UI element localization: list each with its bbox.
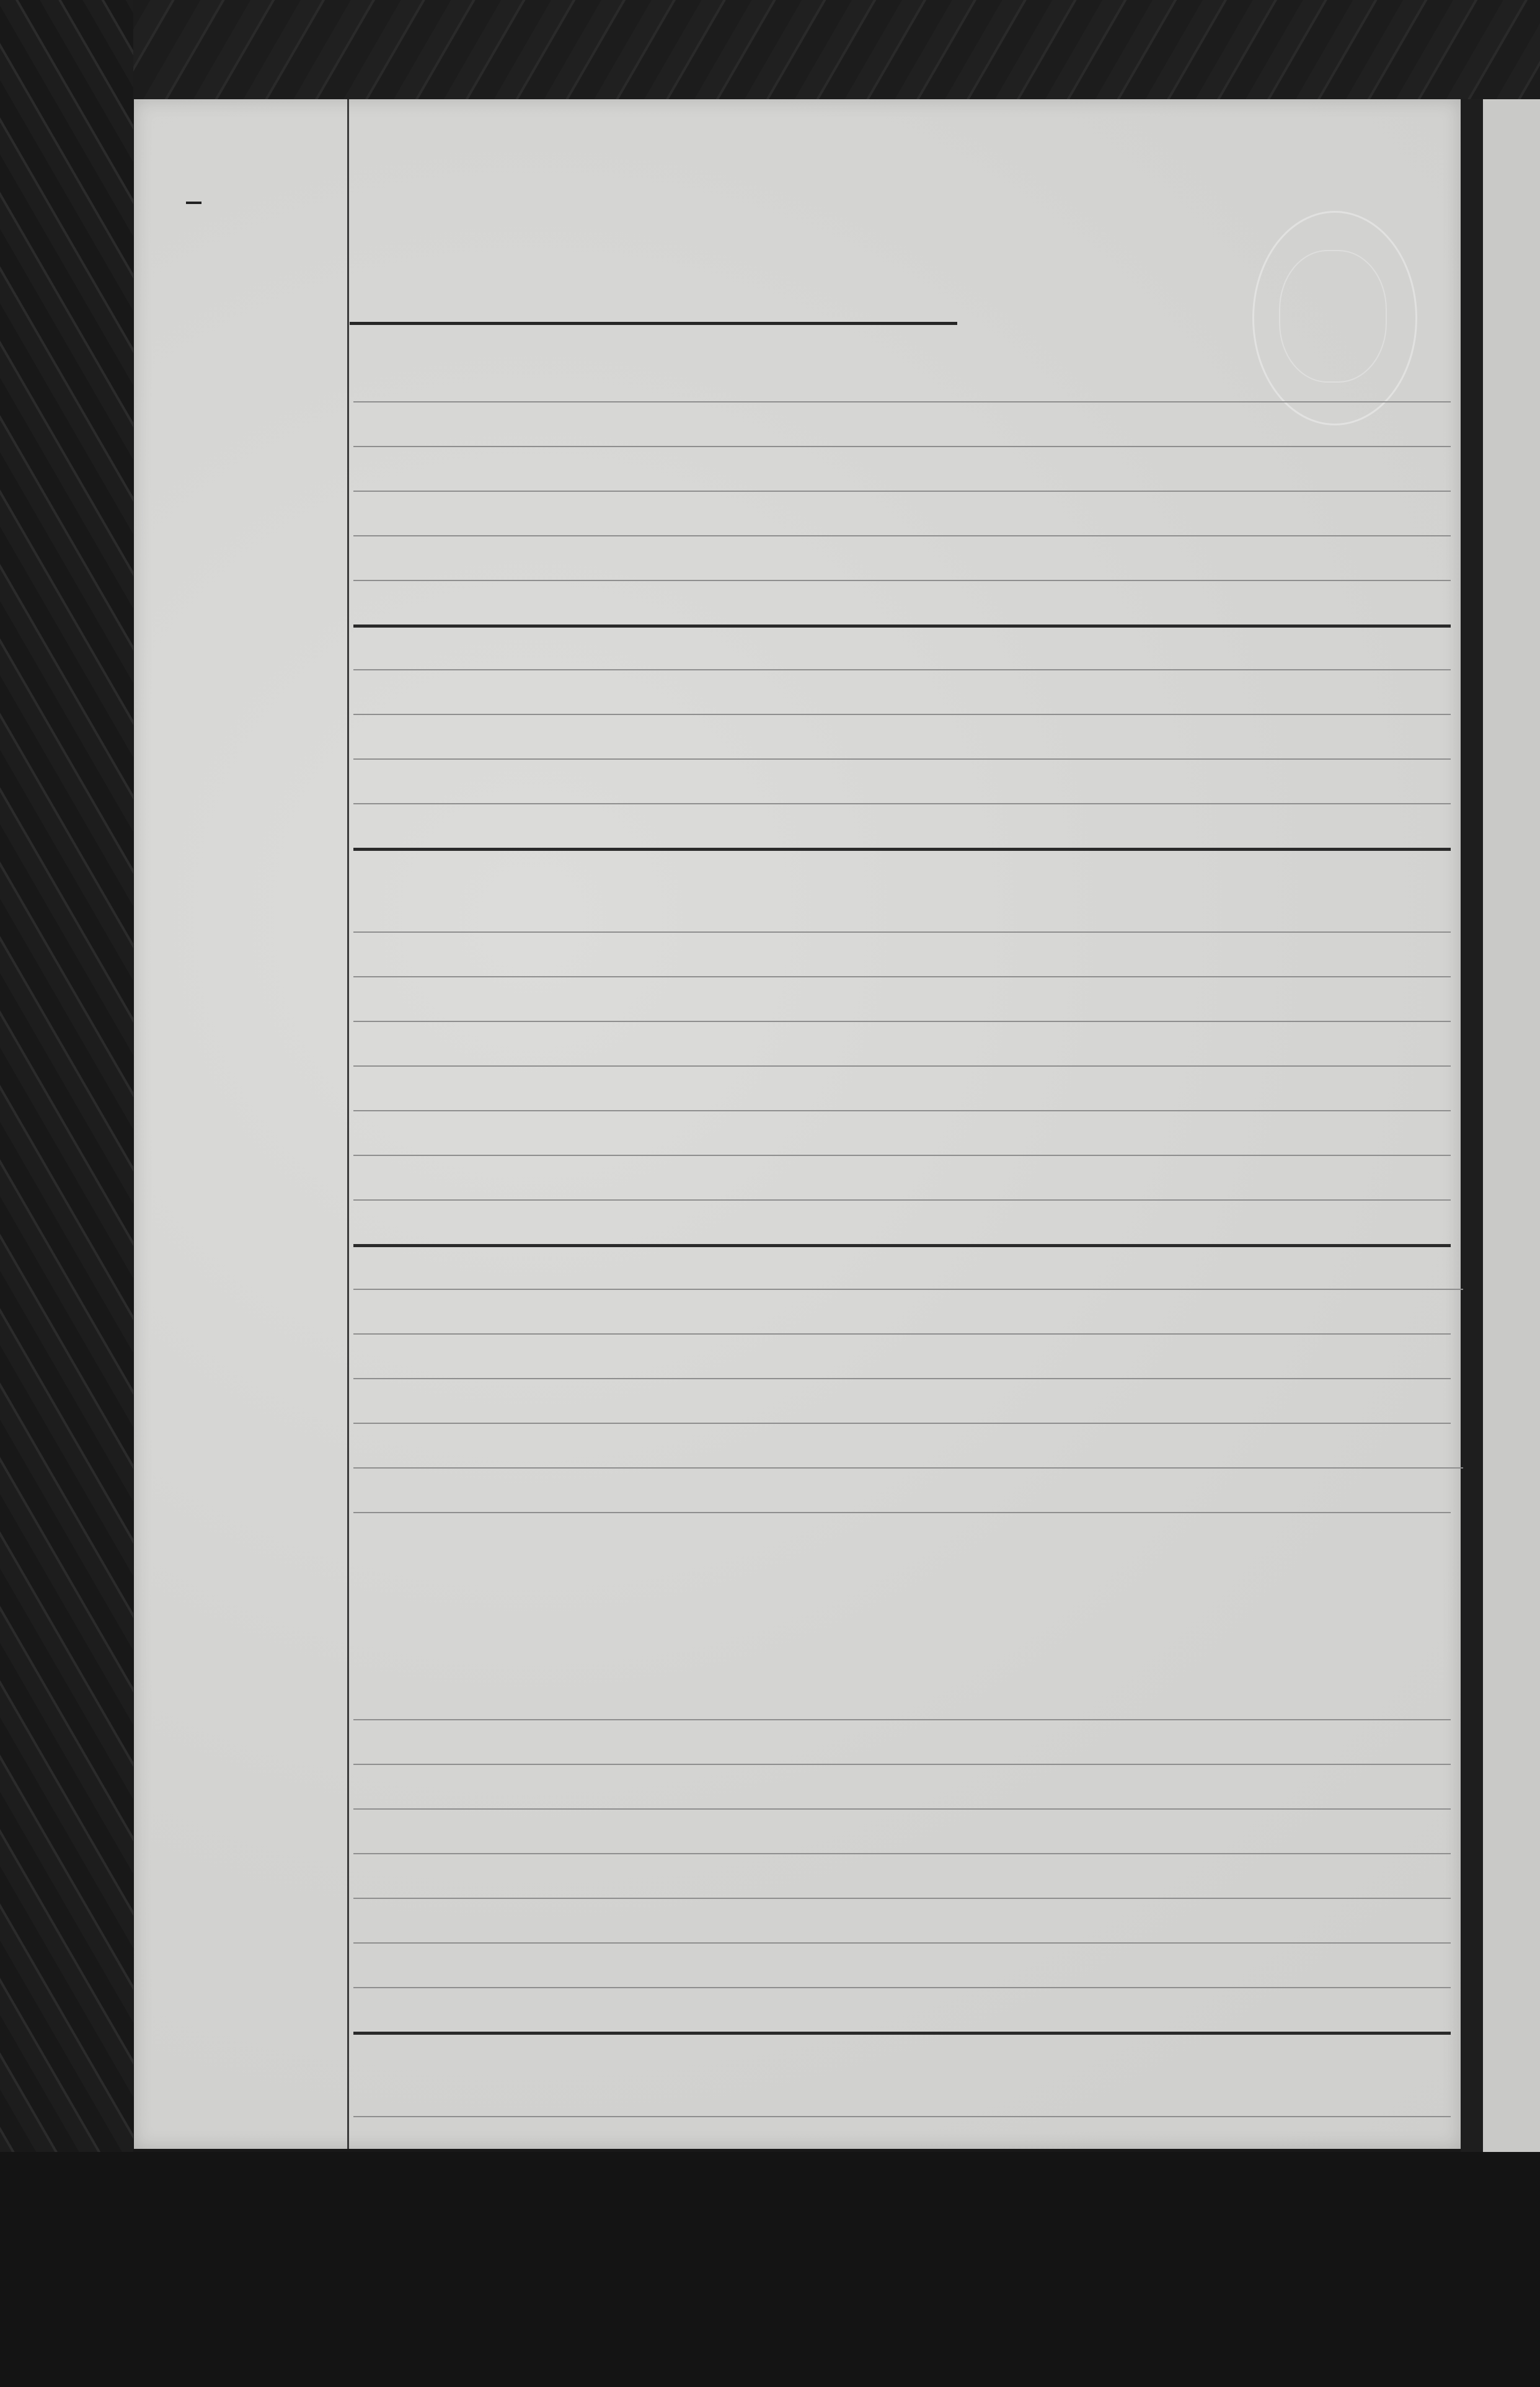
party-line xyxy=(353,491,1451,536)
witness-line xyxy=(353,1987,1451,2035)
documents-line xyxy=(353,1021,1451,1067)
documents-line xyxy=(353,1155,1451,1201)
witness-line xyxy=(353,1674,1451,1720)
party-line xyxy=(353,669,1451,715)
declaration-line xyxy=(353,1423,1463,1469)
witness-line xyxy=(353,1853,1451,1899)
documents-line xyxy=(353,1065,1451,1111)
party-line xyxy=(353,401,1451,447)
declaration-line xyxy=(353,1378,1451,1424)
party-line xyxy=(353,758,1451,804)
documents-line xyxy=(353,1110,1451,1156)
witness-line xyxy=(353,1898,1451,1944)
declaration-line xyxy=(353,1289,1451,1335)
book-binding-left xyxy=(0,0,133,2387)
party-line xyxy=(353,446,1451,492)
margin-rule xyxy=(347,99,349,2149)
witness-line xyxy=(353,1942,1451,1988)
documents-line xyxy=(353,976,1451,1022)
documents-line xyxy=(353,931,1451,977)
fill-rule xyxy=(350,322,957,325)
book-binding-bottom xyxy=(0,2152,1540,2387)
party-line xyxy=(353,535,1451,581)
adjacent-page-edge xyxy=(1483,99,1540,2152)
party-line xyxy=(353,714,1451,760)
closing-line-1 xyxy=(384,2040,1482,2051)
party-line xyxy=(353,625,1451,670)
documents-line xyxy=(353,1199,1451,1247)
closing-hand-line xyxy=(353,2109,1451,2153)
book-binding-top xyxy=(0,0,1540,102)
entry-number xyxy=(186,202,201,204)
page-gutter xyxy=(1461,99,1483,2152)
declaration-line xyxy=(353,1244,1463,1290)
party-line xyxy=(353,803,1451,851)
documents-line xyxy=(353,887,1451,933)
declaration-line xyxy=(353,1467,1451,1513)
witness-line xyxy=(353,1719,1451,1765)
header-line-1 xyxy=(353,208,1451,259)
witness-line xyxy=(353,1808,1451,1854)
party-line xyxy=(353,580,1451,628)
declaration-line xyxy=(353,1333,1451,1379)
header-line-3 xyxy=(353,295,1451,334)
party-line xyxy=(353,357,1451,402)
witness-line xyxy=(353,1764,1451,1810)
